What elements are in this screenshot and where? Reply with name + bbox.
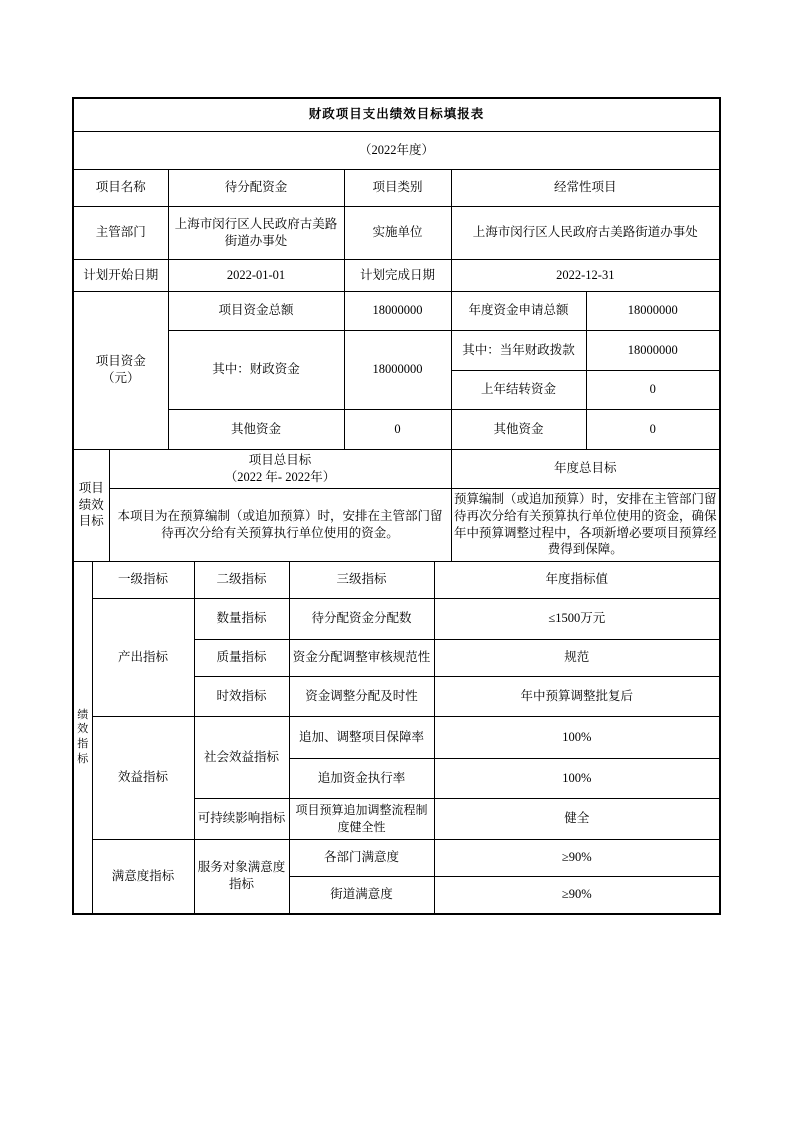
start-date-value: 2022-01-01: [168, 259, 344, 291]
indicators-header-level2: 二级指标: [194, 561, 289, 598]
funds-other-right-value: 0: [586, 409, 720, 449]
goals-total-header-line1: 项目总目标: [112, 452, 449, 469]
funds-section-label-line2: （元）: [76, 370, 166, 387]
document-page: 财政项目支出绩效目标填报表 （2022年度） 项目名称 待分配资金 项目类别 经…: [0, 0, 793, 1122]
funds-other-right-label: 其他资金: [451, 409, 586, 449]
funds-fiscal-value: 18000000: [344, 330, 451, 409]
goals-annual-text: 预算编制（或追加预算）时，安排在主管部门留待再次分给有关预算执行单位使用的资金，…: [451, 488, 720, 561]
unit-value: 上海市闵行区人民政府古美路街道办事处: [451, 206, 720, 259]
goals-section-label-line1: 项目: [76, 480, 107, 497]
funds-total-value: 18000000: [344, 291, 451, 330]
indicator-value-street-satisfaction: ≥90%: [434, 876, 720, 914]
indicator-level2-quantity: 数量指标: [194, 598, 289, 639]
indicator-l3-review-standard: 资金分配调整审核规范性: [289, 639, 434, 676]
funds-carryover-label: 上年结转资金: [451, 370, 586, 409]
dept-value: 上海市闵行区人民政府古美路街道办事处: [168, 206, 344, 259]
indicator-l3-timeliness: 资金调整分配及时性: [289, 676, 434, 716]
funds-carryover-value: 0: [586, 370, 720, 409]
project-type-label: 项目类别: [344, 169, 451, 206]
indicator-l3-street-satisfaction: 街道满意度: [289, 876, 434, 914]
start-date-label: 计划开始日期: [73, 259, 168, 291]
indicator-l3-dept-satisfaction: 各部门满意度: [289, 839, 434, 876]
end-date-label: 计划完成日期: [344, 259, 451, 291]
indicator-l3-guarantee-rate: 追加、调整项目保障率: [289, 716, 434, 758]
funds-section-label: 项目资金 （元）: [73, 291, 168, 449]
indicator-value-dept-satisfaction: ≥90%: [434, 839, 720, 876]
indicators-section-label-line2: 指标: [76, 737, 90, 767]
funds-current-appropriation-label: 其中：当年财政拨款: [451, 330, 586, 370]
indicators-header-value: 年度指标值: [434, 561, 720, 598]
funds-annual-request-label: 年度资金申请总额: [451, 291, 586, 330]
dept-label: 主管部门: [73, 206, 168, 259]
goals-section-label: 项目 绩效 目标: [73, 449, 109, 561]
indicator-value-review-standard: 规范: [434, 639, 720, 676]
goals-section-label-line3: 目标: [76, 513, 107, 530]
end-date-value: 2022-12-31: [451, 259, 720, 291]
indicator-level2-sustainability: 可持续影响指标: [194, 798, 289, 839]
funds-other-left-value: 0: [344, 409, 451, 449]
form-year-subtitle: （2022年度）: [73, 131, 720, 169]
indicators-section-label-line1: 绩效: [76, 708, 90, 738]
goals-total-text: 本项目为在预算编制（或追加预算）时，安排在主管部门留待再次分给有关预算执行单位使…: [109, 488, 451, 561]
project-type-value: 经常性项目: [451, 169, 720, 206]
indicator-value-process-soundness: 健全: [434, 798, 720, 839]
funds-fiscal-label: 其中：财政资金: [168, 330, 344, 409]
indicator-level2-service-satisfaction: 服务对象满意度指标: [194, 839, 289, 914]
indicator-level1-benefit: 效益指标: [92, 716, 194, 839]
indicator-value-allocation-count: ≤1500万元: [434, 598, 720, 639]
indicator-l3-allocation-count: 待分配资金分配数: [289, 598, 434, 639]
indicators-header-level3: 三级指标: [289, 561, 434, 598]
indicator-l3-process-soundness: 项目预算追加调整流程制度健全性: [289, 798, 434, 839]
form-title: 财政项目支出绩效目标填报表: [73, 98, 720, 131]
indicator-l3-execution-rate: 追加资金执行率: [289, 758, 434, 798]
indicator-level2-quality: 质量指标: [194, 639, 289, 676]
goals-section-label-line2: 绩效: [76, 497, 107, 514]
funds-section-label-line1: 项目资金: [76, 353, 166, 370]
indicator-level1-satisfaction: 满意度指标: [92, 839, 194, 914]
funds-annual-request-value: 18000000: [586, 291, 720, 330]
indicator-level2-timeliness: 时效指标: [194, 676, 289, 716]
indicators-header-level1: 一级指标: [92, 561, 194, 598]
funds-other-left-label: 其他资金: [168, 409, 344, 449]
funds-current-appropriation-value: 18000000: [586, 330, 720, 370]
performance-target-table: 财政项目支出绩效目标填报表 （2022年度） 项目名称 待分配资金 项目类别 经…: [72, 97, 721, 915]
goals-annual-header: 年度总目标: [451, 449, 720, 488]
indicator-value-execution-rate: 100%: [434, 758, 720, 798]
indicator-value-timeliness: 年中预算调整批复后: [434, 676, 720, 716]
indicators-section-label: 绩效 指标: [73, 561, 92, 914]
indicator-level1-output: 产出指标: [92, 598, 194, 716]
indicator-value-guarantee-rate: 100%: [434, 716, 720, 758]
funds-total-label: 项目资金总额: [168, 291, 344, 330]
project-name-label: 项目名称: [73, 169, 168, 206]
project-name-value: 待分配资金: [168, 169, 344, 206]
goals-total-header: 项目总目标 （2022 年- 2022年）: [109, 449, 451, 488]
goals-total-header-line2: （2022 年- 2022年）: [112, 469, 449, 486]
unit-label: 实施单位: [344, 206, 451, 259]
indicator-level2-social-benefit: 社会效益指标: [194, 716, 289, 798]
